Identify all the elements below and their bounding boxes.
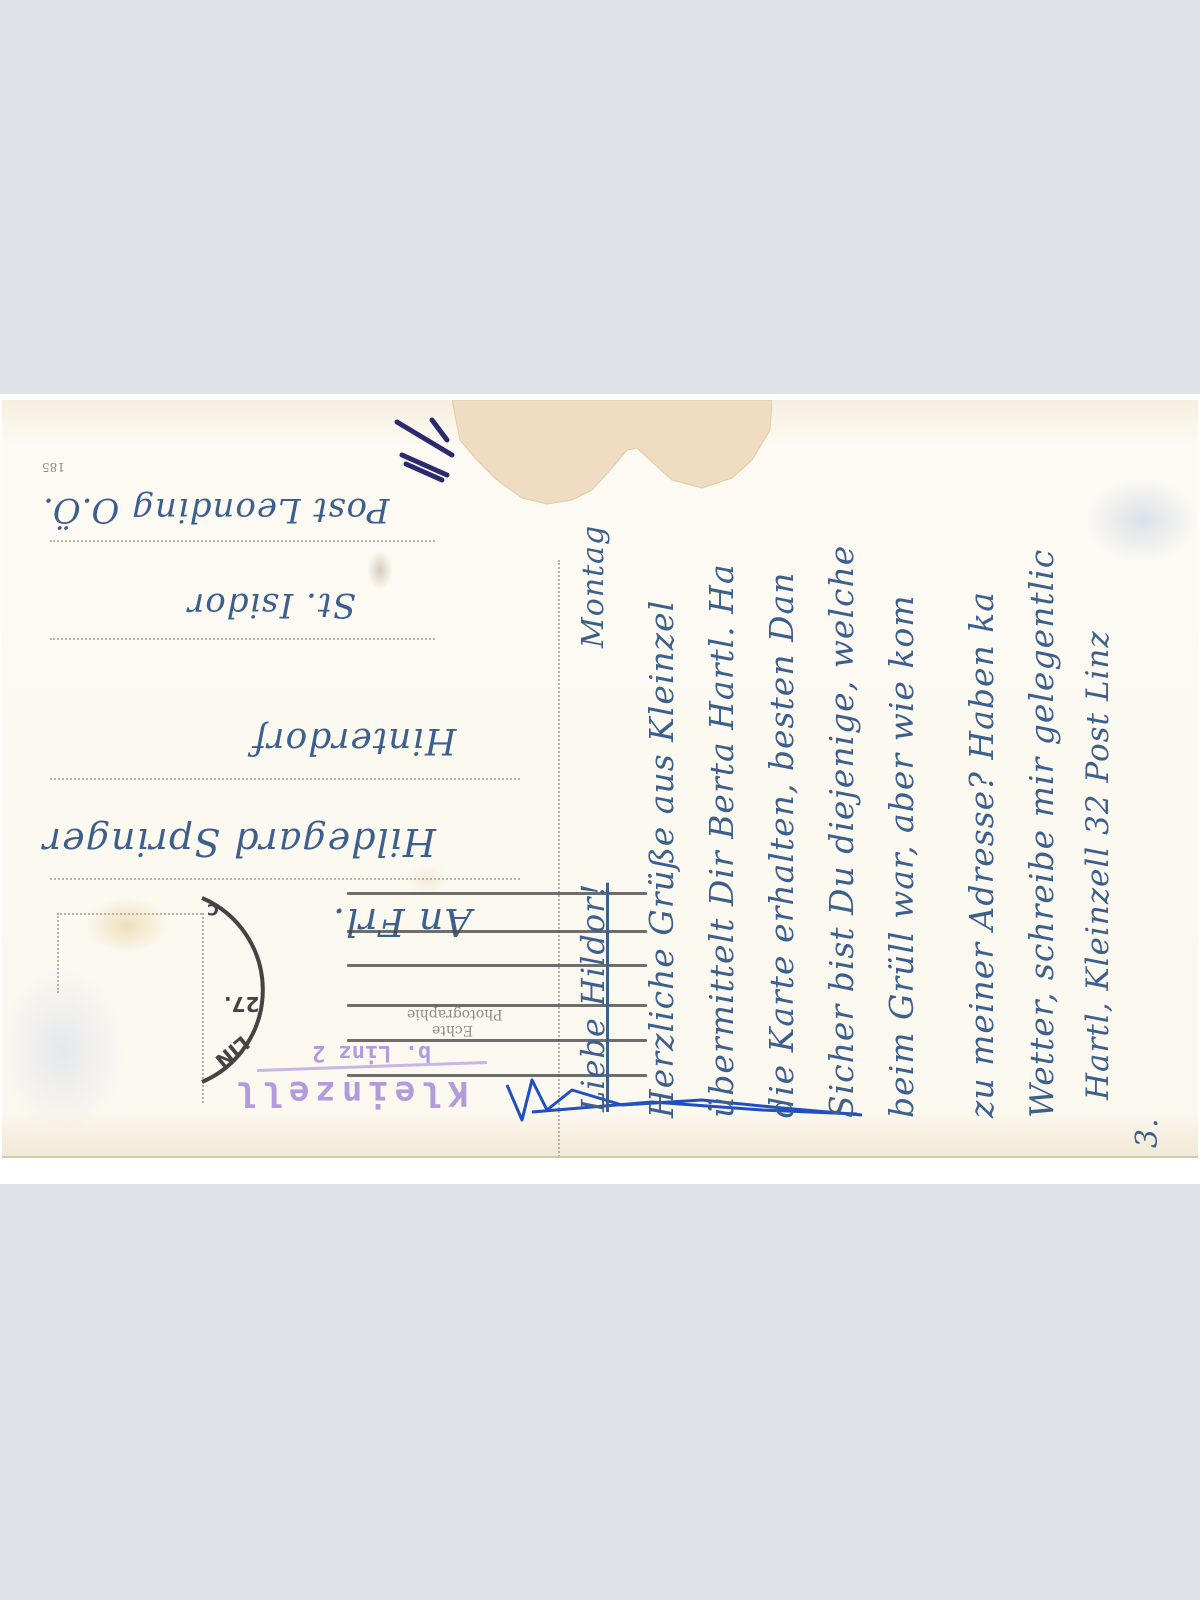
stamp-line-1: Kleinzell bbox=[230, 1073, 468, 1113]
publisher-line-2: Photographie bbox=[407, 1006, 503, 1022]
address-line-4: St. Isidor bbox=[187, 585, 356, 625]
message-line: Herzliche Grüße aus Kleinzel bbox=[642, 600, 681, 1118]
card-number: 185 bbox=[42, 460, 65, 474]
message-line: übermittelt Dir Berta Hartl. Ha bbox=[702, 563, 741, 1118]
address-line-2: Hildegard Springer bbox=[42, 820, 436, 864]
message-line: zu meiner Adresse? Haben ka bbox=[962, 591, 1001, 1118]
message-line: die Karte erhalten, besten Dan bbox=[762, 572, 801, 1118]
publisher-line-1: Echte bbox=[432, 1022, 473, 1038]
postmark-date: 27. bbox=[224, 992, 259, 1016]
postmark-code: C bbox=[207, 900, 219, 919]
message-line: Sicher bist Du diejenige, welche bbox=[822, 545, 861, 1118]
address-line-3: Hinterdorf bbox=[252, 720, 456, 761]
stamp-box bbox=[57, 913, 59, 993]
address-line-5: Post Leonding O.Ö. bbox=[42, 490, 389, 530]
message-line: Wetter, schreibe mir gelegentlic bbox=[1022, 549, 1061, 1118]
ink-marks bbox=[392, 400, 462, 490]
address-line-1: An Frl. bbox=[332, 900, 472, 944]
scan-frame: 185 Post Leonding O.Ö. St. Isidor Hinter… bbox=[0, 394, 1200, 1184]
message-date: Montag bbox=[576, 525, 611, 648]
postcard-back: 185 Post Leonding O.Ö. St. Isidor Hinter… bbox=[2, 400, 1198, 1158]
address-rule bbox=[50, 638, 435, 640]
address-rule bbox=[50, 778, 520, 780]
message-salutation: Liebe Hildor! bbox=[574, 883, 612, 1112]
pen-scribble bbox=[502, 1070, 872, 1130]
stamp-box bbox=[57, 913, 202, 915]
margin-note: 3. bbox=[1130, 1117, 1165, 1148]
message-line: beim Grüll war, aber wie kom bbox=[882, 594, 921, 1118]
stamp-line-2: b. Linz 2 bbox=[312, 1040, 431, 1065]
divider-line bbox=[558, 560, 560, 1158]
address-rule bbox=[50, 540, 435, 542]
torn-paper-patch bbox=[452, 400, 772, 510]
message-line: Hartl, Kleinzell 32 Post Linz bbox=[1080, 630, 1116, 1100]
